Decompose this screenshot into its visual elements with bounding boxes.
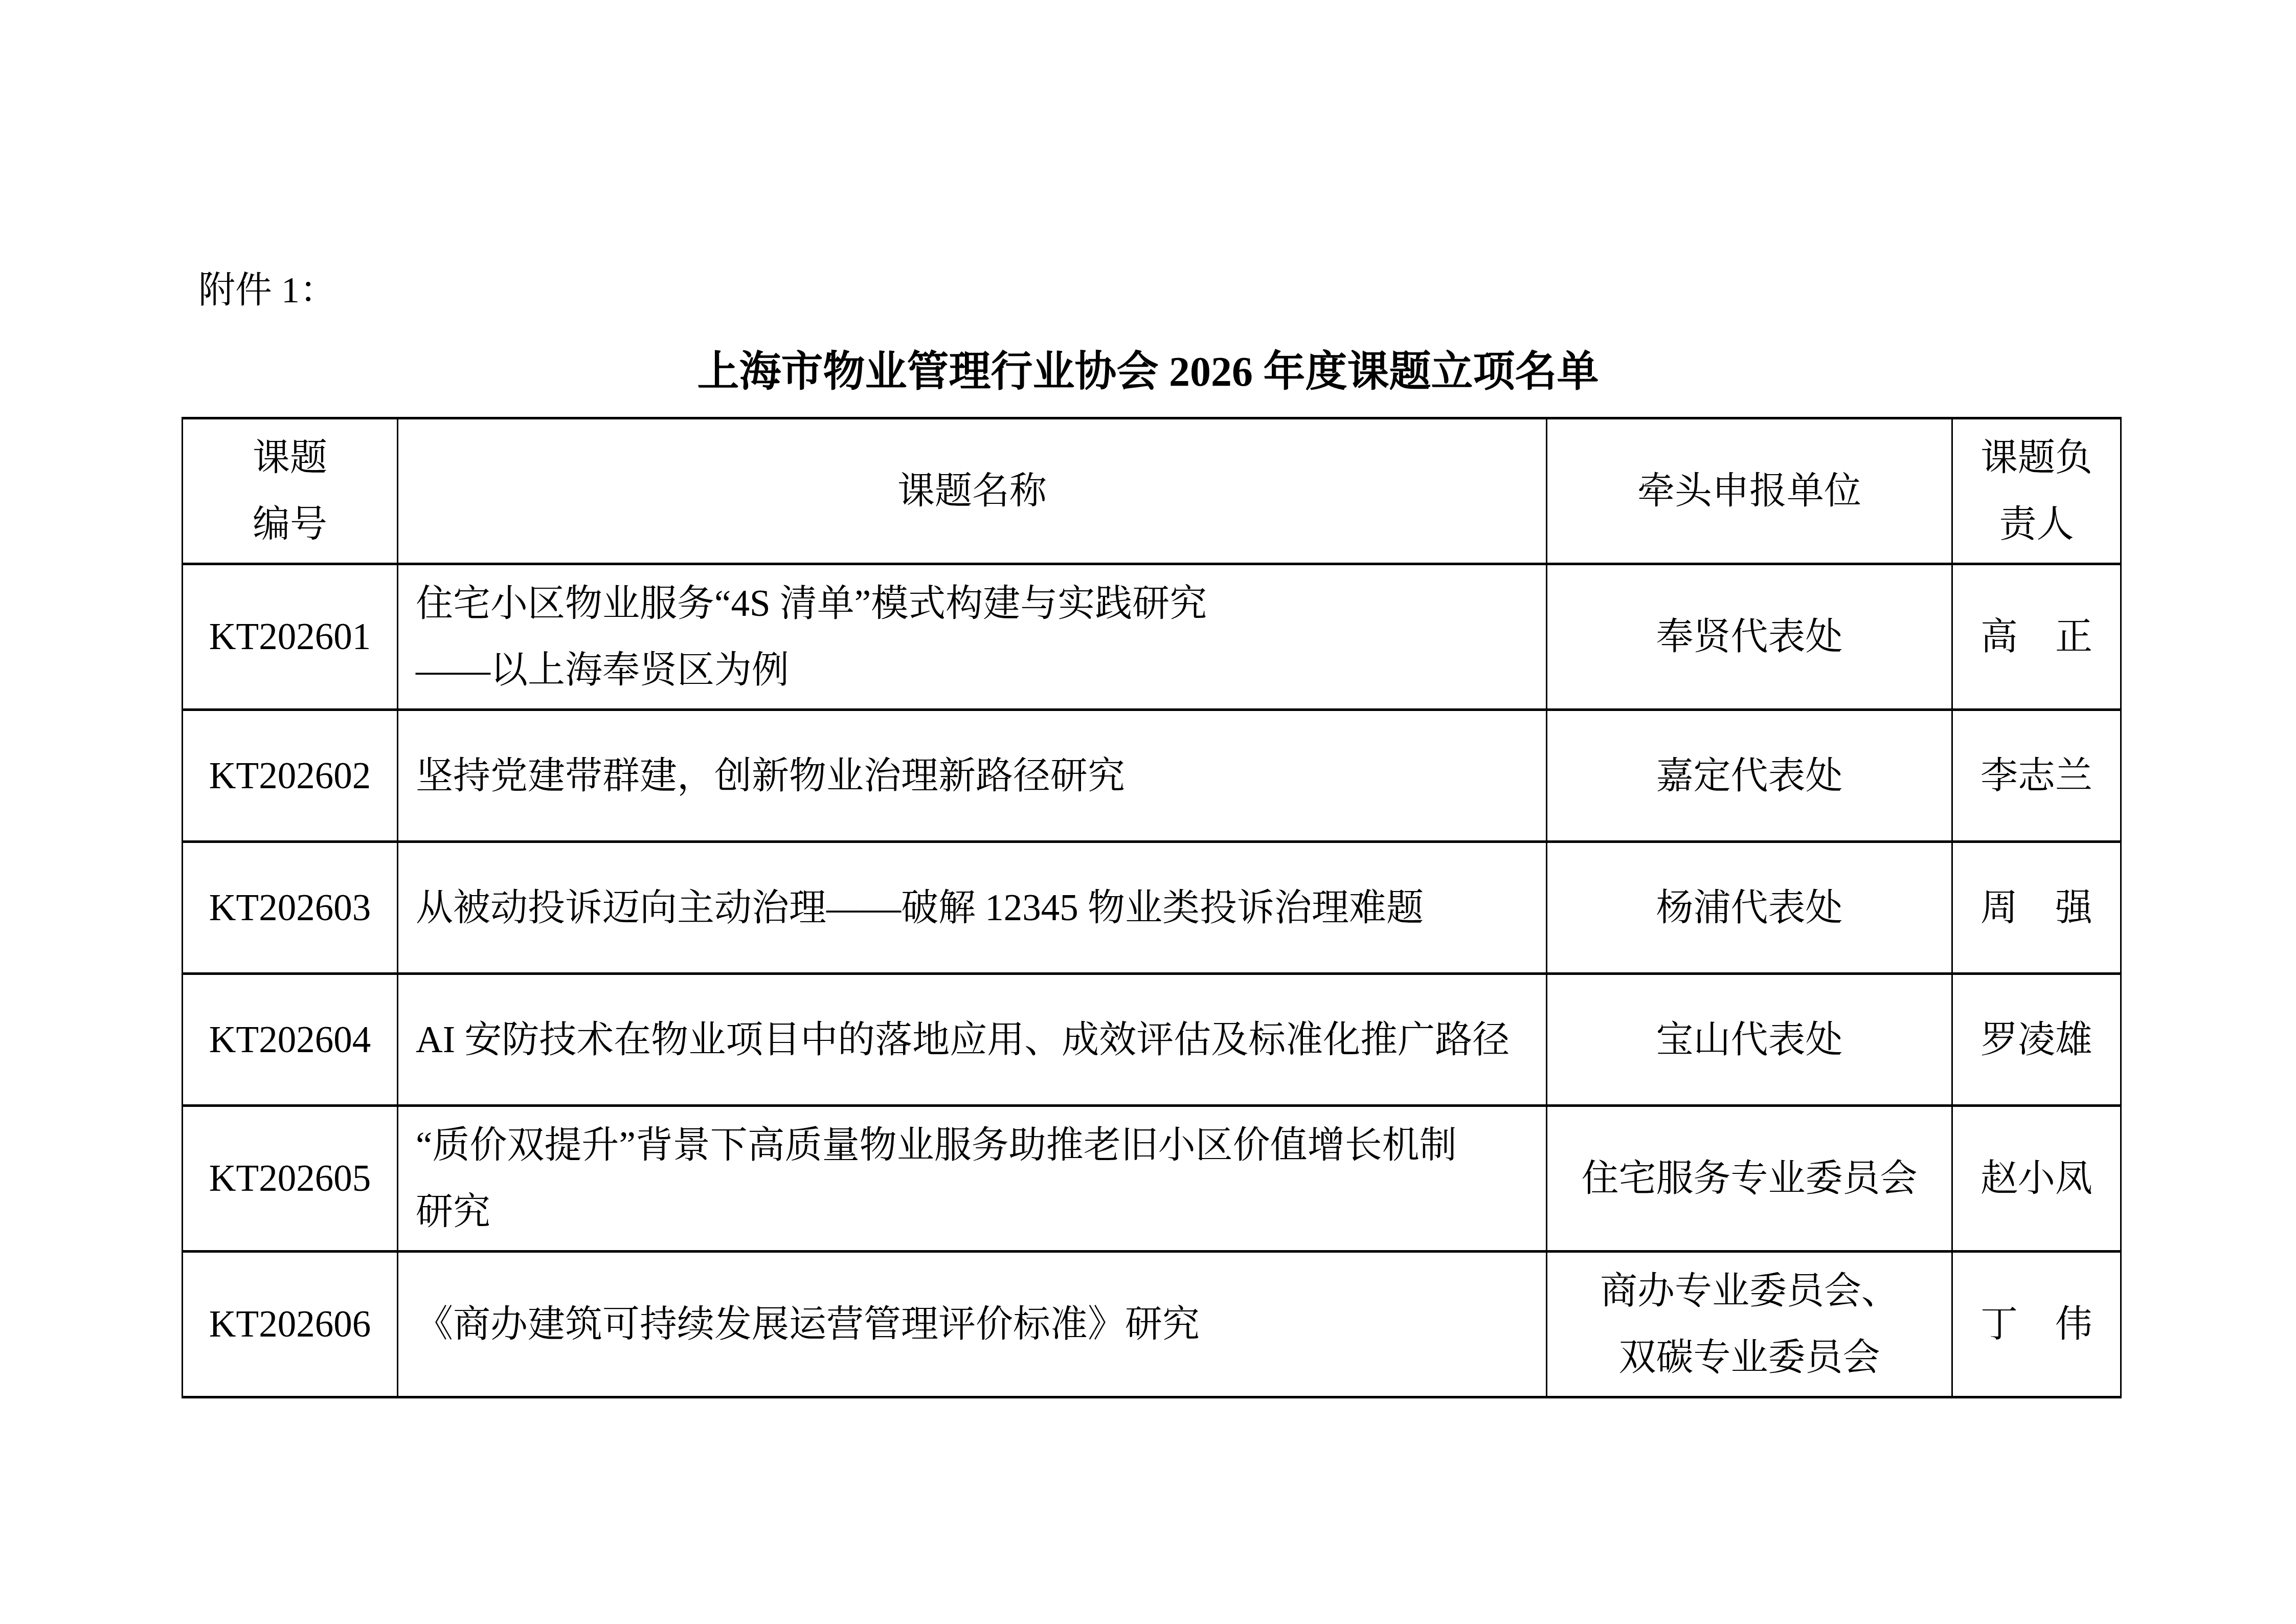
project-leader-cell: 周 强 <box>1952 842 2121 974</box>
project-approval-table: 课题 编号 课题名称 牵头申报单位 课题负 责人 KT202601 住宅小区物业… <box>182 417 2122 1398</box>
project-leader-cell: 丁 伟 <box>1952 1252 2121 1397</box>
table-row: KT202604 AI 安防技术在物业项目中的落地应用、成效评估及标准化推广路径… <box>183 974 2121 1106</box>
project-name-cell: 《商办建筑可持续发展运营管理评价标准》研究 <box>398 1252 1547 1397</box>
project-id-cell: KT202602 <box>183 710 398 842</box>
project-leader-cell: 赵小凤 <box>1952 1106 2121 1252</box>
lead-unit-cell: 杨浦代表处 <box>1547 842 1952 974</box>
project-name-cell: AI 安防技术在物业项目中的落地应用、成效评估及标准化推广路径 <box>398 974 1547 1106</box>
document-page: 附件 1： 上海市物业管理行业协会 2026 年度课题立项名单 课题 编号 课题… <box>0 0 2296 1624</box>
attachment-label: 附件 1： <box>198 262 336 318</box>
table-header-row: 课题 编号 课题名称 牵头申报单位 课题负 责人 <box>183 418 2121 564</box>
lead-unit-cell: 奉贤代表处 <box>1547 564 1952 710</box>
project-id-cell: KT202605 <box>183 1106 398 1252</box>
project-id-cell: KT202603 <box>183 842 398 974</box>
project-leader-cell: 高 正 <box>1952 564 2121 710</box>
header-lead-unit: 牵头申报单位 <box>1547 418 1952 564</box>
lead-unit-cell: 宝山代表处 <box>1547 974 1952 1106</box>
table-row: KT202606 《商办建筑可持续发展运营管理评价标准》研究 商办专业委员会、 … <box>183 1252 2121 1397</box>
lead-unit-cell: 嘉定代表处 <box>1547 710 1952 842</box>
project-name-cell: “质价双提升”背景下高质量物业服务助推老旧小区价值增长机制 研究 <box>398 1106 1547 1252</box>
table-row: KT202601 住宅小区物业服务“4S 清单”模式构建与实践研究 ——以上海奉… <box>183 564 2121 710</box>
project-name-cell: 从被动投诉迈向主动治理——破解 12345 物业类投诉治理难题 <box>398 842 1547 974</box>
project-id-cell: KT202601 <box>183 564 398 710</box>
header-project-leader: 课题负 责人 <box>1952 418 2121 564</box>
project-id-cell: KT202604 <box>183 974 398 1106</box>
table-row: KT202603 从被动投诉迈向主动治理——破解 12345 物业类投诉治理难题… <box>183 842 2121 974</box>
project-name-cell: 坚持党建带群建，创新物业治理新路径研究 <box>398 710 1547 842</box>
lead-unit-cell: 住宅服务专业委员会 <box>1547 1106 1952 1252</box>
project-id-cell: KT202606 <box>183 1252 398 1397</box>
table-row: KT202602 坚持党建带群建，创新物业治理新路径研究 嘉定代表处 李志兰 <box>183 710 2121 842</box>
table-row: KT202605 “质价双提升”背景下高质量物业服务助推老旧小区价值增长机制 研… <box>183 1106 2121 1252</box>
header-project-id: 课题 编号 <box>183 418 398 564</box>
header-project-name: 课题名称 <box>398 418 1547 564</box>
lead-unit-cell: 商办专业委员会、 双碳专业委员会 <box>1547 1252 1952 1397</box>
project-leader-cell: 李志兰 <box>1952 710 2121 842</box>
project-name-cell: 住宅小区物业服务“4S 清单”模式构建与实践研究 ——以上海奉贤区为例 <box>398 564 1547 710</box>
project-leader-cell: 罗凌雄 <box>1952 974 2121 1106</box>
page-title: 上海市物业管理行业协会 2026 年度课题立项名单 <box>0 344 2296 400</box>
